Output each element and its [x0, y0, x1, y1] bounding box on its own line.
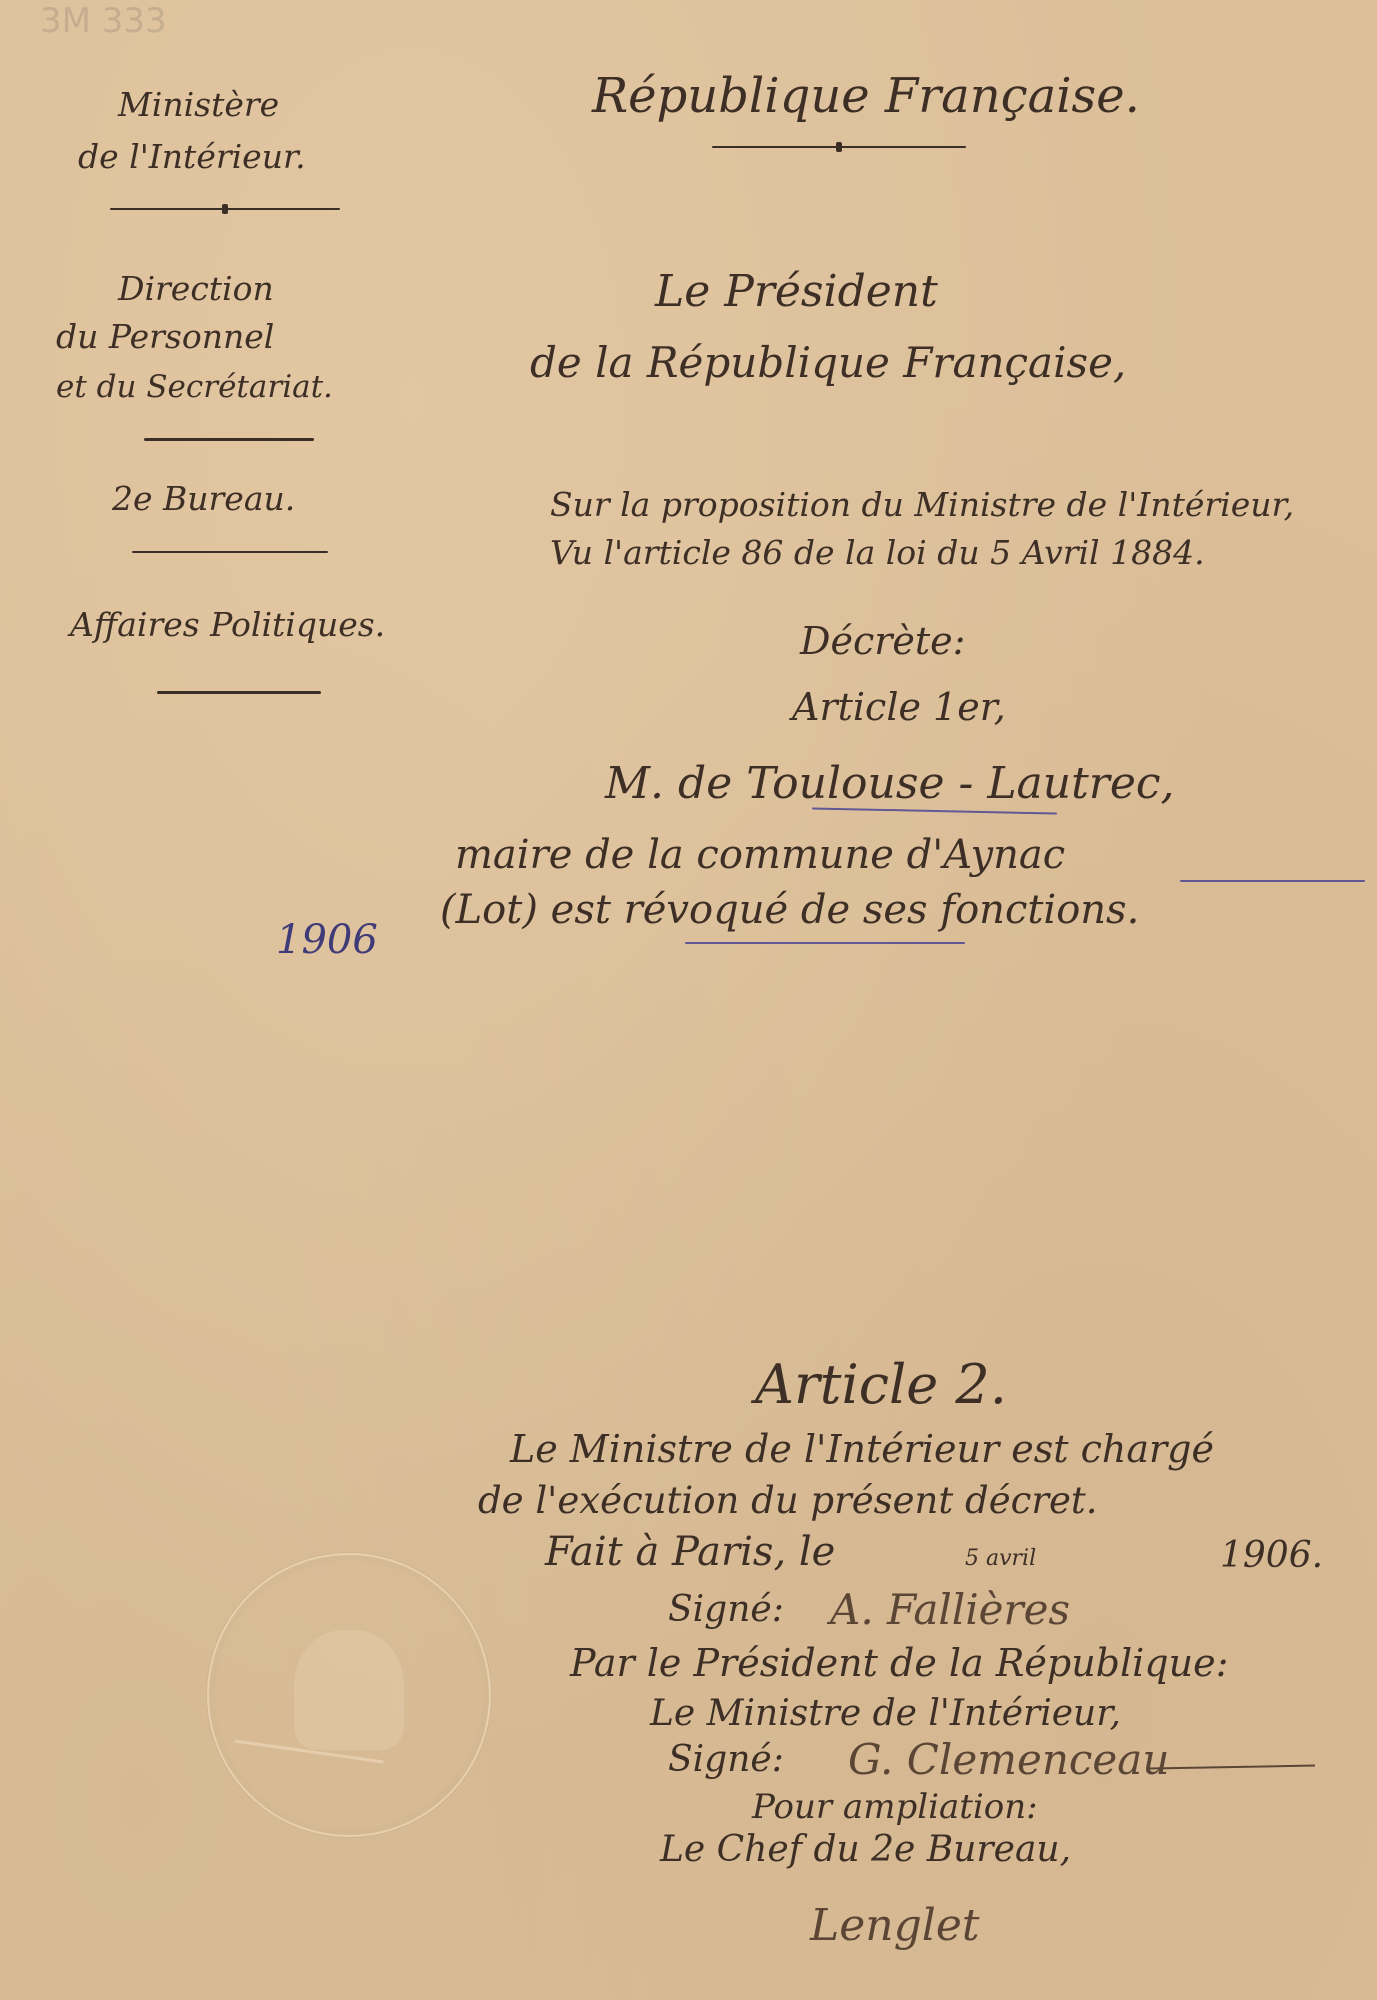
bureau-label: 2e Bureau.: [112, 482, 295, 515]
article2-title: Article 2.: [755, 1358, 1007, 1412]
chef-bureau: Le Chef du 2e Bureau,: [660, 1832, 1071, 1868]
archive-mark: 3M 333: [40, 4, 167, 38]
article2-line1: Le Ministre de l'Intérieur est chargé: [510, 1430, 1214, 1468]
ministry-line1: Ministère: [118, 88, 279, 121]
divider: [110, 208, 340, 210]
fallieres-signature: A. Fallières: [830, 1585, 1070, 1634]
direction-line1: Direction: [118, 272, 274, 305]
direction-line3: et du Secrétariat.: [56, 372, 333, 403]
ministry-line2: de l'Intérieur.: [78, 140, 306, 173]
article1-line1: M. de Toulouse - Lautrec,: [605, 762, 1175, 806]
embossed-seal: [207, 1553, 491, 1837]
ministre-title: Le Ministre de l'Intérieur,: [650, 1696, 1121, 1732]
divider: [712, 146, 966, 148]
signature-flourish: [1150, 1765, 1315, 1770]
divider: [144, 438, 314, 441]
blue-underline-revoque: [685, 942, 965, 944]
seal-figure-icon: [294, 1630, 404, 1750]
signe1-label: Signé:: [668, 1592, 784, 1628]
president-line2: de la République Française,: [530, 342, 1126, 384]
article1-line3: (Lot) est révoqué de ses fonctions.: [440, 890, 1139, 930]
article1-line2: maire de la commune d'Aynac: [455, 835, 1065, 875]
par-le-president: Par le Président de la République:: [570, 1644, 1228, 1682]
affaires-label: Affaires Politiques.: [70, 608, 385, 641]
article1-title: Article 1er,: [792, 688, 1006, 726]
fait-year: 1906.: [1220, 1538, 1323, 1574]
pour-ampliation: Pour ampliation:: [752, 1790, 1038, 1824]
blue-underline-commune: [1180, 880, 1365, 882]
chef-signature: Lenglet: [810, 1900, 980, 1951]
margin-note-year: 1906: [276, 920, 378, 960]
fait-prefix: Fait à Paris, le: [545, 1532, 835, 1572]
fait-date: 5 avril: [965, 1548, 1036, 1570]
preamble-line2: Vu l'article 86 de la loi du 5 Avril 188…: [550, 536, 1205, 569]
divider: [132, 551, 328, 553]
divider: [157, 691, 321, 694]
decrete-heading: Décrète:: [800, 622, 965, 660]
clemenceau-signature: G. Clemenceau: [848, 1735, 1169, 1784]
republic-heading: République Française.: [592, 72, 1140, 120]
preamble-line1: Sur la proposition du Ministre de l'Inté…: [550, 488, 1294, 521]
direction-line2: du Personnel: [56, 320, 274, 353]
article2-line2: de l'exécution du présent décret.: [478, 1482, 1098, 1519]
signe2-label: Signé:: [668, 1742, 784, 1778]
president-line1: Le Président: [655, 270, 938, 314]
